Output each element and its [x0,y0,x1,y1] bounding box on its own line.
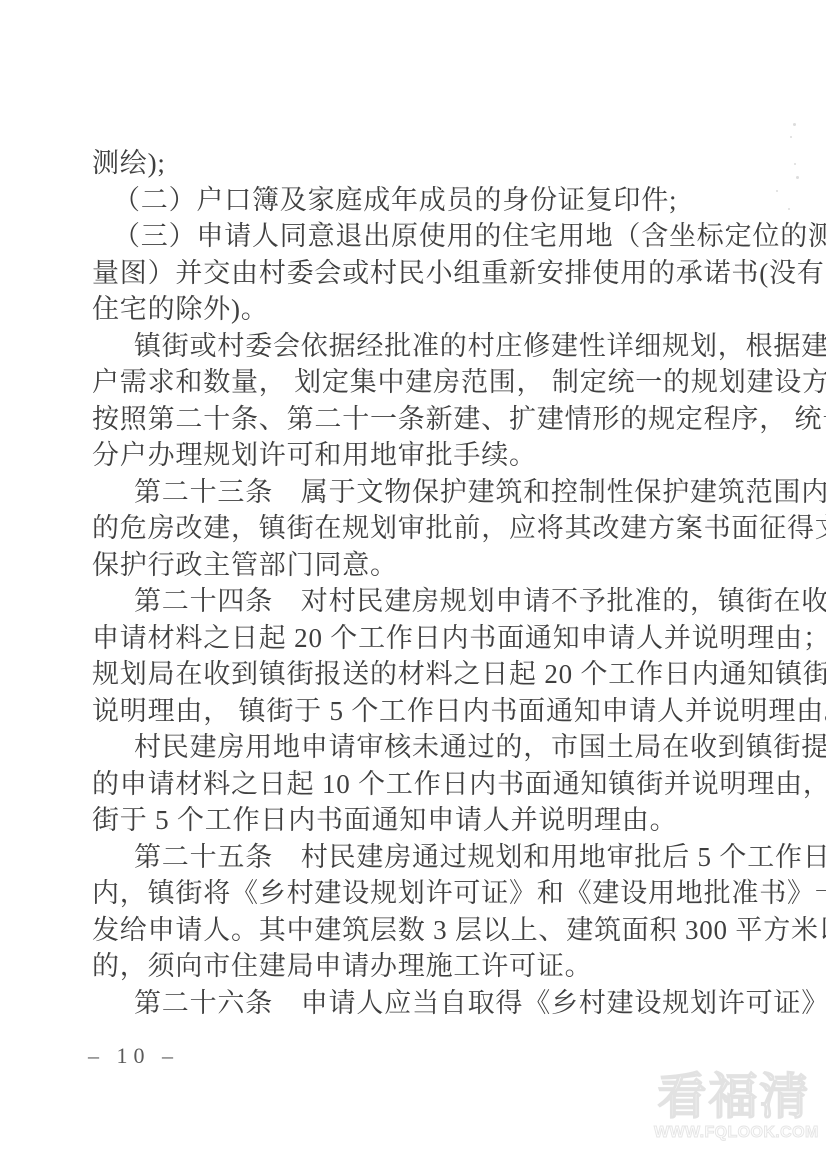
text-line: 第二十五条 村民建房通过规划和用地审批后 5 个工作日 [92,839,752,876]
text-line: 测绘); [92,145,752,182]
text-line: 镇街或村委会依据经批准的村庄修建性详细规划，根据建房 [92,328,752,365]
text-line: 申请材料之日起 20 个工作日内书面通知申请人并说明理由； 市 [92,620,752,657]
text-line: 第二十六条 申请人应当自取得《乡村建设规划许可证》之 [92,985,752,1022]
text-line: 村民建房用地申请审核未通过的，市国土局在收到镇街提交 [92,729,752,766]
text-line: 的，须向市住建局申请办理施工许可证。 [92,948,752,985]
watermark-brand-text: 看福清 [654,1072,814,1123]
text-line: 的危房改建，镇街在规划审批前，应将其改建方案书面征得文物 [92,510,752,547]
text-line: 第二十四条 对村民建房规划申请不予批准的，镇街在收到 [92,583,752,620]
text-line: 说明理由， 镇街于 5 个工作日内书面通知申请人并说明理由。 [92,693,752,730]
text-line: 户需求和数量， 划定集中建房范围， 制定统一的规划建设方案， [92,364,752,401]
document-body: 测绘);（二）户口簿及家庭成年成员的身份证复印件;（三）申请人同意退出原使用的住… [92,145,752,1021]
text-line: （三）申请人同意退出原使用的住宅用地（含坐标定位的测 [92,218,752,255]
scan-speck [788,208,790,210]
text-line: 分户办理规划许可和用地审批手续。 [92,437,752,474]
text-line: 的申请材料之日起 10 个工作日内书面通知镇街并说明理由， 镇 [92,766,752,803]
scan-speck [776,190,778,192]
document-page: 测绘);（二）户口簿及家庭成年成员的身份证复印件;（三）申请人同意退出原使用的住… [0,0,826,1168]
text-line: 量图）并交由村委会或村民小组重新安排使用的承诺书(没有旧 [92,255,752,292]
text-line: 住宅的除外)。 [92,291,752,328]
watermark: 看福清 WWW.FQLOOK.COM [654,1072,814,1142]
text-line: 第二十三条 属于文物保护建筑和控制性保护建筑范围内 [92,474,752,511]
text-line: （二）户口簿及家庭成年成员的身份证复印件; [92,182,752,219]
scan-speck [790,136,792,138]
page-number: – 10 – [88,1043,179,1069]
scan-speck [793,123,796,126]
scan-speck [796,176,799,179]
text-line: 保护行政主管部门同意。 [92,547,752,584]
scan-speck [794,163,796,165]
watermark-url-text: WWW.FQLOOK.COM [654,1124,814,1142]
text-line: 发给申请人。其中建筑层数 3 层以上、建筑面积 300 平方米以上 [92,912,752,949]
text-line: 按照第二十条、第二十一条新建、扩建情形的规定程序， 统一、 [92,401,752,438]
text-line: 规划局在收到镇街报送的材料之日起 20 个工作日内通知镇街并 [92,656,752,693]
text-line: 内，镇街将《乡村建设规划许可证》和《建设用地批准书》一并 [92,875,752,912]
text-line: 街于 5 个工作日内书面通知申请人并说明理由。 [92,802,752,839]
